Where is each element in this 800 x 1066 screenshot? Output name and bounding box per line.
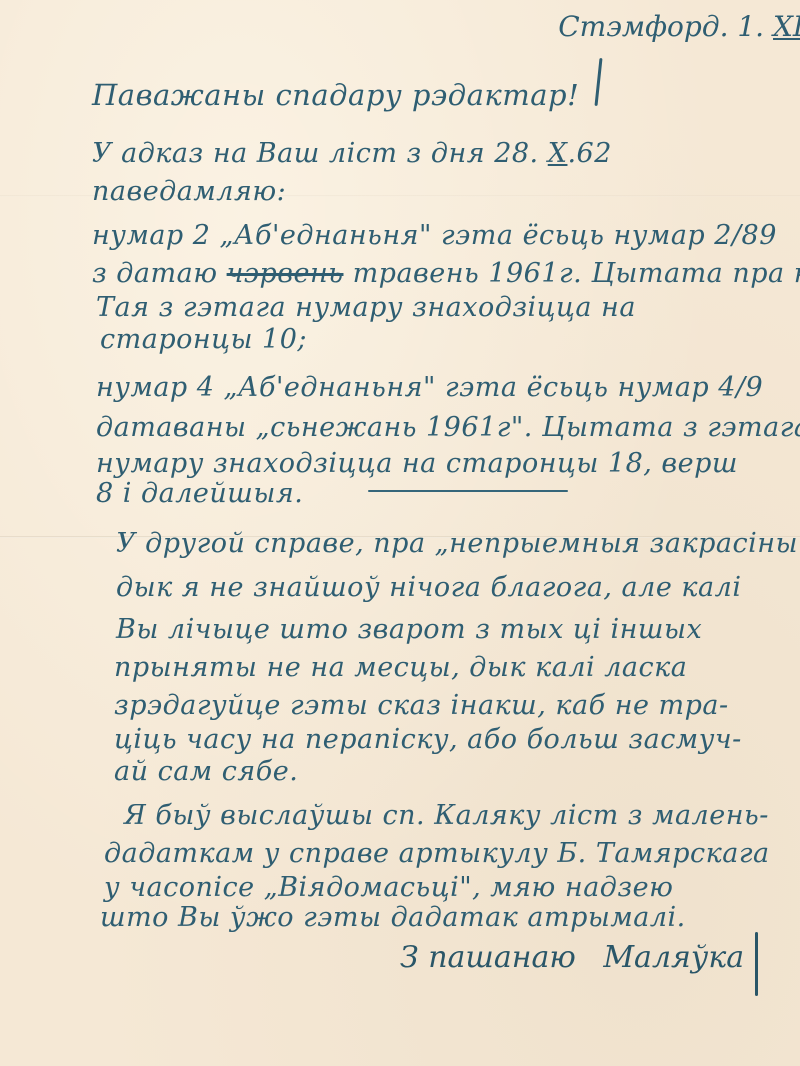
letter-line-13: Вы лічыце што зварот з тых ці іншых xyxy=(116,614,702,645)
letter-paper: Стэмфорд. 1. XI Паважаны спадару рэдакта… xyxy=(0,0,800,1066)
place-date: Стэмфорд. 1. XI xyxy=(558,10,800,43)
letter-line-9: нумару знаходзіцца на старонцы 18, верш xyxy=(96,448,738,479)
letter-line-6: старонцы 10; xyxy=(100,324,307,355)
line-text: з датаю xyxy=(92,258,218,289)
letter-line-12: дык я не знайшоў нічога благога, але кал… xyxy=(116,572,741,603)
letter-line-21: што Вы ўжо гэты дадатак атрымалі. xyxy=(100,902,686,933)
date-year: .62 xyxy=(567,138,611,169)
dash-rule xyxy=(368,490,568,492)
letter-line-3: нумар 2 „Аб'еднаньня" гэта ёсьць нумар 2… xyxy=(92,220,777,251)
signature-flourish xyxy=(755,932,758,996)
struck-word: чэрвень xyxy=(227,258,344,289)
letter-line-19: дадаткам у справе артыкулу Б. Тамярскага xyxy=(104,838,770,869)
signature-text: Маляўка xyxy=(603,940,744,975)
letter-line-14: прыняты не на месцы, дык калі ласка xyxy=(114,652,687,683)
letter-line-15: зрэдагуйце гэты сказ інакш, каб не тра- xyxy=(114,690,729,721)
letter-line-17: ай сам сябе. xyxy=(114,756,298,787)
letter-line-8: датаваны „сьнежань 1961г". Цытата з гэта… xyxy=(96,412,800,443)
closing-text: З пашанаю xyxy=(400,940,576,975)
letter-line-10: 8 і далейшыя. xyxy=(96,478,303,509)
letter-line-1: У адказ на Ваш ліст з дня 28. X.62 xyxy=(92,138,612,169)
line-text: травень 1961г. Цытата пра кузья xyxy=(353,258,800,289)
letter-line-4: з датаю чэрвень травень 1961г. Цытата пр… xyxy=(92,258,800,289)
letter-line-7: нумар 4 „Аб'еднаньня" гэта ёсьць нумар 4… xyxy=(96,372,763,403)
letter-line-2: паведамляю: xyxy=(92,176,286,207)
salutation: Паважаны спадару рэдактар! xyxy=(92,78,579,112)
letter-line-20: у часопісе „Віядомасьці", мяю надзею xyxy=(104,872,673,903)
place-date-text: Стэмфорд. 1. xyxy=(558,10,764,43)
letter-line-5: Тая з гэтага нумару знаходзіцца на xyxy=(96,292,636,323)
signature: Маляўка xyxy=(603,940,744,975)
line-text: У адказ на Ваш ліст з дня 28. xyxy=(92,138,539,169)
closing-signature: З пашанаю Маляўка xyxy=(400,940,744,975)
letter-line-16: ціць часу на перапіску, або больш засмуч… xyxy=(114,724,742,755)
letter-line-18: Я быў выслаўшы сп. Каляку ліст з малень- xyxy=(124,800,769,831)
letter-line-11: У другой справе, пра „непрыемныя закрасі… xyxy=(116,528,800,559)
exclamation-stroke xyxy=(594,58,602,106)
date-month-roman: X xyxy=(548,138,568,169)
month-roman: XI xyxy=(773,10,800,43)
